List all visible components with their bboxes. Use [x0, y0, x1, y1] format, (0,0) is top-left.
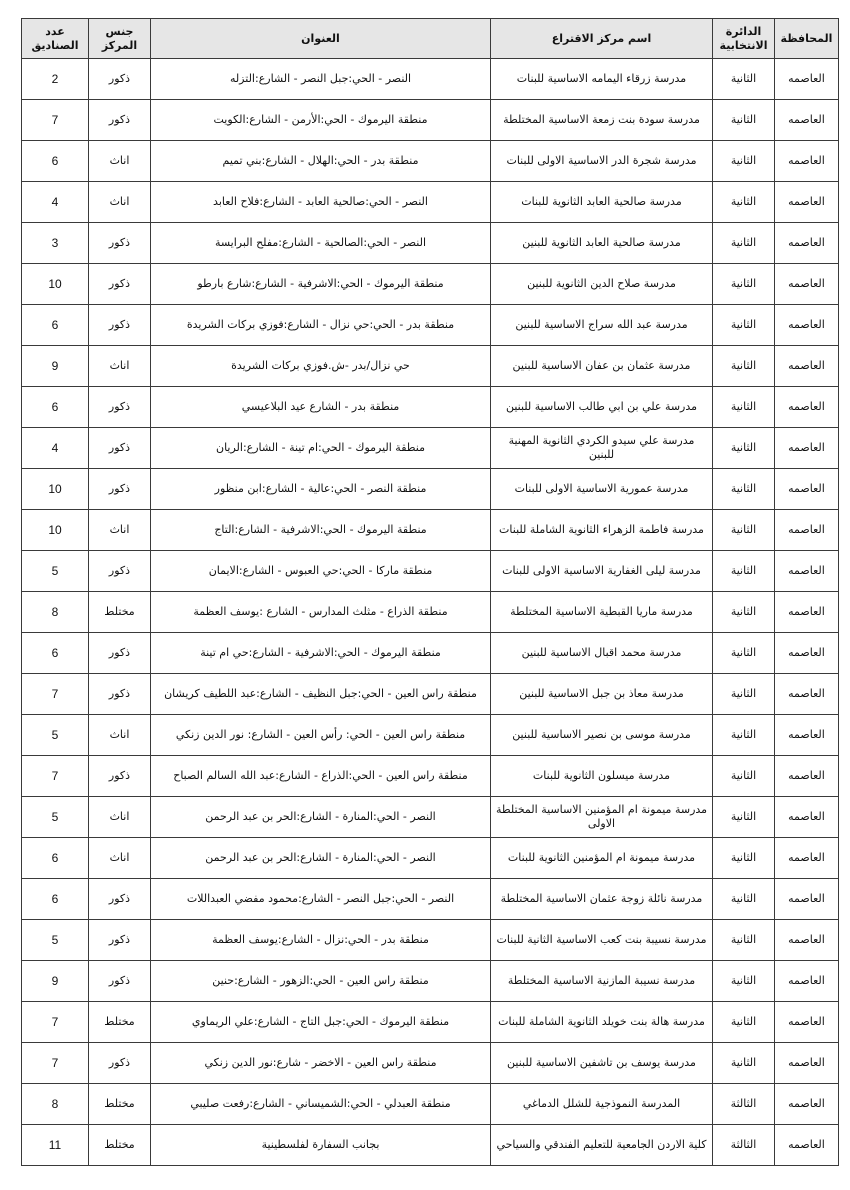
cell-center-gender: اناث	[89, 182, 151, 223]
cell-center-gender: ذكور	[89, 1043, 151, 1084]
cell-center-gender: ذكور	[89, 387, 151, 428]
cell-district: الثانية	[713, 838, 775, 879]
cell-governorate: العاصمه	[775, 592, 839, 633]
cell-address: بجانب السفارة لفلسطينية	[151, 1125, 491, 1166]
cell-governorate: العاصمه	[775, 797, 839, 838]
cell-center-name: مدرسة نائلة زوجة عثمان الاساسية المختلطة	[491, 879, 713, 920]
cell-governorate: العاصمه	[775, 1043, 839, 1084]
cell-governorate: العاصمه	[775, 715, 839, 756]
cell-address: منطقة راس العين - الحي:الذراع - الشارع:ع…	[151, 756, 491, 797]
cell-box-count: 4	[22, 428, 89, 469]
table-row: العاصمهالثانيةمدرسة عمورية الاساسية الاو…	[22, 469, 839, 510]
cell-district: الثانية	[713, 633, 775, 674]
cell-address: منطقة بدر - الحي:الهلال - الشارع:بني تمي…	[151, 141, 491, 182]
cell-address: منطقة راس العين - الحي:جبل النظيف - الشا…	[151, 674, 491, 715]
cell-governorate: العاصمه	[775, 428, 839, 469]
cell-box-count: 7	[22, 1043, 89, 1084]
cell-address: النصر - الحي:جبل النصر - الشارع:التزله	[151, 59, 491, 100]
cell-address: منطقة الذراع - مثلث المدارس - الشارع :يو…	[151, 592, 491, 633]
table-row: العاصمهالثانيةمدرسة نسيبة المازنية الاسا…	[22, 961, 839, 1002]
cell-district: الثانية	[713, 469, 775, 510]
cell-address: منطقة اليرموك - الحي:الاشرفية - الشارع:ا…	[151, 510, 491, 551]
cell-box-count: 7	[22, 756, 89, 797]
cell-center-gender: اناث	[89, 346, 151, 387]
cell-center-name: مدرسة علي سيدو الكردي الثانوية المهنية ل…	[491, 428, 713, 469]
cell-box-count: 11	[22, 1125, 89, 1166]
cell-governorate: العاصمه	[775, 674, 839, 715]
cell-center-name: مدرسة محمد اقبال الاساسية للبنين	[491, 633, 713, 674]
table-row: العاصمهالثانيةمدرسة موسى بن نصير الاساسي…	[22, 715, 839, 756]
cell-center-gender: اناث	[89, 141, 151, 182]
cell-center-name: مدرسة صلاح الدين الثانوية للبنين	[491, 264, 713, 305]
table-row: العاصمهالثانيةمدرسة نسيبة بنت كعب الاساس…	[22, 920, 839, 961]
cell-address: النصر - الحي:الصالحية - الشارع:مفلح البر…	[151, 223, 491, 264]
cell-center-name: مدرسة عبد الله سراج الاساسية للبنين	[491, 305, 713, 346]
cell-center-name: مدرسة صالحية العابد الثانوية للبنات	[491, 182, 713, 223]
cell-box-count: 6	[22, 633, 89, 674]
cell-address: النصر - الحي:صالحية العابد - الشارع:فلاح…	[151, 182, 491, 223]
cell-center-gender: ذكور	[89, 59, 151, 100]
header-center-gender: جنس المركز	[89, 19, 151, 59]
table-row: العاصمهالثانيةمدرسة نائلة زوجة عثمان الا…	[22, 879, 839, 920]
cell-box-count: 2	[22, 59, 89, 100]
table-row: العاصمهالثانيةمدرسة عبد الله سراج الاساس…	[22, 305, 839, 346]
header-address: العنوان	[151, 19, 491, 59]
cell-center-name: مدرسة زرقاء اليمامه الاساسية للبنات	[491, 59, 713, 100]
cell-center-gender: اناث	[89, 838, 151, 879]
cell-box-count: 6	[22, 305, 89, 346]
cell-governorate: العاصمه	[775, 1084, 839, 1125]
cell-box-count: 8	[22, 1084, 89, 1125]
table-row: العاصمهالثانيةمدرسة عثمان بن عفان الاساس…	[22, 346, 839, 387]
table-row: العاصمهالثانيةمدرسة علي بن ابي طالب الاس…	[22, 387, 839, 428]
cell-address: منطقة راس العين - الحي: رأس العين - الشا…	[151, 715, 491, 756]
cell-district: الثانية	[713, 182, 775, 223]
table-row: العاصمهالثانيةمدرسة زرقاء اليمامه الاساس…	[22, 59, 839, 100]
cell-center-gender: مختلط	[89, 1002, 151, 1043]
table-row: العاصمهالثانيةمدرسة ليلى الغفارية الاساس…	[22, 551, 839, 592]
cell-governorate: العاصمه	[775, 223, 839, 264]
table-row: العاصمهالثانيةمدرسة ميمونة ام المؤمنين ا…	[22, 838, 839, 879]
cell-center-gender: ذكور	[89, 674, 151, 715]
cell-box-count: 4	[22, 182, 89, 223]
table-row: العاصمهالثانيةمدرسة صالحية العابد الثانو…	[22, 182, 839, 223]
table-row: العاصمهالثانيةمدرسة محمد اقبال الاساسية …	[22, 633, 839, 674]
cell-center-name: مدرسة صالحية العابد الثانوية للبنين	[491, 223, 713, 264]
cell-governorate: العاصمه	[775, 510, 839, 551]
cell-governorate: العاصمه	[775, 1002, 839, 1043]
cell-center-name: مدرسة هالة بنت خويلد الثانوية الشاملة لل…	[491, 1002, 713, 1043]
cell-address: منطقة النصر - الحي:عالية - الشارع:ابن من…	[151, 469, 491, 510]
cell-address: النصر - الحي:جبل النصر - الشارع:محمود مف…	[151, 879, 491, 920]
cell-center-name: مدرسة فاطمة الزهراء الثانوية الشاملة للب…	[491, 510, 713, 551]
header-box-count: عدد الصناديق	[22, 19, 89, 59]
cell-address: منطقة اليرموك - الحي:الاشرفية - الشارع:ش…	[151, 264, 491, 305]
cell-address: النصر - الحي:المنارة - الشارع:الحر بن عب…	[151, 838, 491, 879]
cell-governorate: العاصمه	[775, 305, 839, 346]
cell-center-gender: ذكور	[89, 223, 151, 264]
cell-address: منطقة اليرموك - الحي:ام تينة - الشارع:ال…	[151, 428, 491, 469]
cell-governorate: العاصمه	[775, 100, 839, 141]
cell-center-gender: مختلط	[89, 1084, 151, 1125]
header-governorate: المحافظة	[775, 19, 839, 59]
cell-center-name: مدرسة سودة بنت زمعة الاساسية المختلطة	[491, 100, 713, 141]
cell-governorate: العاصمه	[775, 1125, 839, 1166]
cell-governorate: العاصمه	[775, 387, 839, 428]
cell-center-gender: ذكور	[89, 428, 151, 469]
cell-district: الثالثة	[713, 1125, 775, 1166]
cell-district: الثانية	[713, 715, 775, 756]
table-row: العاصمهالثانيةمدرسة علي سيدو الكردي الثا…	[22, 428, 839, 469]
cell-address: منطقة بدر - الشارع عيد البلاعيسي	[151, 387, 491, 428]
table-row: العاصمهالثانيةمدرسة صالحية العابد الثانو…	[22, 223, 839, 264]
cell-district: الثانية	[713, 100, 775, 141]
cell-governorate: العاصمه	[775, 59, 839, 100]
cell-center-gender: مختلط	[89, 592, 151, 633]
cell-center-gender: ذكور	[89, 305, 151, 346]
cell-center-gender: مختلط	[89, 1125, 151, 1166]
cell-center-gender: ذكور	[89, 961, 151, 1002]
cell-center-name: مدرسة شجرة الدر الاساسية الاولى للبنات	[491, 141, 713, 182]
cell-governorate: العاصمه	[775, 879, 839, 920]
cell-box-count: 9	[22, 961, 89, 1002]
cell-center-gender: ذكور	[89, 756, 151, 797]
table-row: العاصمهالثانيةمدرسة سودة بنت زمعة الاساس…	[22, 100, 839, 141]
cell-governorate: العاصمه	[775, 961, 839, 1002]
cell-center-gender: ذكور	[89, 879, 151, 920]
cell-box-count: 6	[22, 879, 89, 920]
cell-center-gender: اناث	[89, 797, 151, 838]
cell-district: الثانية	[713, 961, 775, 1002]
cell-governorate: العاصمه	[775, 756, 839, 797]
cell-box-count: 9	[22, 346, 89, 387]
cell-center-gender: اناث	[89, 715, 151, 756]
table-row: العاصمهالثالثةالمدرسة النموذجية للشلل ال…	[22, 1084, 839, 1125]
cell-center-gender: ذكور	[89, 264, 151, 305]
table-row: العاصمهالثانيةمدرسة شجرة الدر الاساسية ا…	[22, 141, 839, 182]
table-row: العاصمهالثانيةمدرسة يوسف بن تاشفين الاسا…	[22, 1043, 839, 1084]
cell-district: الثانية	[713, 756, 775, 797]
cell-district: الثانية	[713, 1002, 775, 1043]
cell-center-gender: ذكور	[89, 920, 151, 961]
cell-box-count: 5	[22, 797, 89, 838]
header-row: المحافظة الدائرة الانتخابية اسم مركز الا…	[22, 19, 839, 59]
cell-address: منطقة بدر - الحي:نزال - الشارع:يوسف العظ…	[151, 920, 491, 961]
cell-address: منطقة راس العين - الحي:الزهور - الشارع:ح…	[151, 961, 491, 1002]
cell-district: الثانية	[713, 264, 775, 305]
cell-center-name: مدرسة نسيبة المازنية الاساسية المختلطة	[491, 961, 713, 1002]
cell-governorate: العاصمه	[775, 469, 839, 510]
table-row: العاصمهالثانيةمدرسة ماريا القبطية الاساس…	[22, 592, 839, 633]
cell-district: الثانية	[713, 797, 775, 838]
cell-center-name: مدرسة ميمونة ام المؤمنين الاساسية المختل…	[491, 797, 713, 838]
cell-address: منطقة اليرموك - الحي:الأرمن - الشارع:الك…	[151, 100, 491, 141]
cell-center-name: كلية الاردن الجامعية للتعليم الفندقي وال…	[491, 1125, 713, 1166]
cell-address: منطقة اليرموك - الحي:جبل التاج - الشارع:…	[151, 1002, 491, 1043]
cell-district: الثانية	[713, 428, 775, 469]
cell-address: منطقة راس العين - الاخضر - شارع:نور الدي…	[151, 1043, 491, 1084]
cell-district: الثانية	[713, 674, 775, 715]
cell-center-name: مدرسة نسيبة بنت كعب الاساسية الثانية للب…	[491, 920, 713, 961]
cell-box-count: 10	[22, 469, 89, 510]
table-row: العاصمهالثانيةمدرسة هالة بنت خويلد الثان…	[22, 1002, 839, 1043]
cell-governorate: العاصمه	[775, 346, 839, 387]
cell-center-name: مدرسة علي بن ابي طالب الاساسية للبنين	[491, 387, 713, 428]
cell-governorate: العاصمه	[775, 920, 839, 961]
cell-governorate: العاصمه	[775, 264, 839, 305]
cell-box-count: 7	[22, 100, 89, 141]
cell-district: الثانية	[713, 920, 775, 961]
cell-box-count: 3	[22, 223, 89, 264]
cell-box-count: 7	[22, 1002, 89, 1043]
header-district: الدائرة الانتخابية	[713, 19, 775, 59]
cell-center-gender: ذكور	[89, 633, 151, 674]
table-row: العاصمهالثانيةمدرسة ميسلون الثانوية للبن…	[22, 756, 839, 797]
cell-district: الثانية	[713, 141, 775, 182]
cell-district: الثانية	[713, 305, 775, 346]
cell-center-name: مدرسة ليلى الغفارية الاساسية الاولى للبن…	[491, 551, 713, 592]
cell-center-name: مدرسة ميسلون الثانوية للبنات	[491, 756, 713, 797]
cell-district: الثانية	[713, 223, 775, 264]
cell-box-count: 7	[22, 674, 89, 715]
cell-center-name: مدرسة عثمان بن عفان الاساسية للبنين	[491, 346, 713, 387]
cell-district: الثانية	[713, 592, 775, 633]
cell-governorate: العاصمه	[775, 182, 839, 223]
cell-district: الثانية	[713, 1043, 775, 1084]
cell-governorate: العاصمه	[775, 551, 839, 592]
cell-box-count: 5	[22, 715, 89, 756]
cell-district: الثانية	[713, 346, 775, 387]
cell-district: الثانية	[713, 879, 775, 920]
table-row: العاصمهالثالثةكلية الاردن الجامعية للتعل…	[22, 1125, 839, 1166]
cell-center-gender: ذكور	[89, 469, 151, 510]
cell-box-count: 5	[22, 551, 89, 592]
polling-centers-sheet: المحافظة الدائرة الانتخابية اسم مركز الا…	[21, 18, 838, 1166]
cell-center-name: مدرسة ميمونة ام المؤمنين الثانوية للبنات	[491, 838, 713, 879]
cell-center-name: مدرسة ماريا القبطية الاساسية المختلطة	[491, 592, 713, 633]
cell-district: الثانية	[713, 59, 775, 100]
cell-district: الثانية	[713, 551, 775, 592]
cell-center-name: مدرسة معاذ بن جبل الاساسية للبنين	[491, 674, 713, 715]
cell-governorate: العاصمه	[775, 141, 839, 182]
cell-center-name: مدرسة موسى بن نصير الاساسية للبنين	[491, 715, 713, 756]
cell-address: منطقة ماركا - الحي:حي العبوس - الشارع:ال…	[151, 551, 491, 592]
cell-address: النصر - الحي:المنارة - الشارع:الحر بن عب…	[151, 797, 491, 838]
table-row: العاصمهالثانيةمدرسة معاذ بن جبل الاساسية…	[22, 674, 839, 715]
table-body: العاصمهالثانيةمدرسة زرقاء اليمامه الاساس…	[22, 59, 839, 1166]
cell-address: حي نزال/بدر -ش.فوزي بركات الشريدة	[151, 346, 491, 387]
cell-center-gender: ذكور	[89, 551, 151, 592]
cell-center-name: مدرسة عمورية الاساسية الاولى للبنات	[491, 469, 713, 510]
cell-box-count: 10	[22, 264, 89, 305]
table-row: العاصمهالثانيةمدرسة صلاح الدين الثانوية …	[22, 264, 839, 305]
cell-center-name: المدرسة النموذجية للشلل الدماغي	[491, 1084, 713, 1125]
cell-district: الثانية	[713, 510, 775, 551]
cell-box-count: 5	[22, 920, 89, 961]
table-row: العاصمهالثانيةمدرسة ميمونة ام المؤمنين ا…	[22, 797, 839, 838]
cell-center-gender: اناث	[89, 510, 151, 551]
cell-governorate: العاصمه	[775, 633, 839, 674]
cell-box-count: 10	[22, 510, 89, 551]
cell-address: منطقة اليرموك - الحي:الاشرفية - الشارع:ح…	[151, 633, 491, 674]
cell-district: الثالثة	[713, 1084, 775, 1125]
table-row: العاصمهالثانيةمدرسة فاطمة الزهراء الثانو…	[22, 510, 839, 551]
cell-center-gender: ذكور	[89, 100, 151, 141]
cell-center-name: مدرسة يوسف بن تاشفين الاساسية للبنين	[491, 1043, 713, 1084]
cell-governorate: العاصمه	[775, 838, 839, 879]
polling-centers-table: المحافظة الدائرة الانتخابية اسم مركز الا…	[21, 18, 839, 1166]
cell-box-count: 8	[22, 592, 89, 633]
cell-district: الثانية	[713, 387, 775, 428]
cell-box-count: 6	[22, 387, 89, 428]
cell-address: منطقة العبدلي - الحي:الشميساني - الشارع:…	[151, 1084, 491, 1125]
cell-box-count: 6	[22, 838, 89, 879]
cell-box-count: 6	[22, 141, 89, 182]
header-center-name: اسم مركز الاقتراع	[491, 19, 713, 59]
cell-address: منطقة بدر - الحي:حي نزال - الشارع:فوزي ب…	[151, 305, 491, 346]
